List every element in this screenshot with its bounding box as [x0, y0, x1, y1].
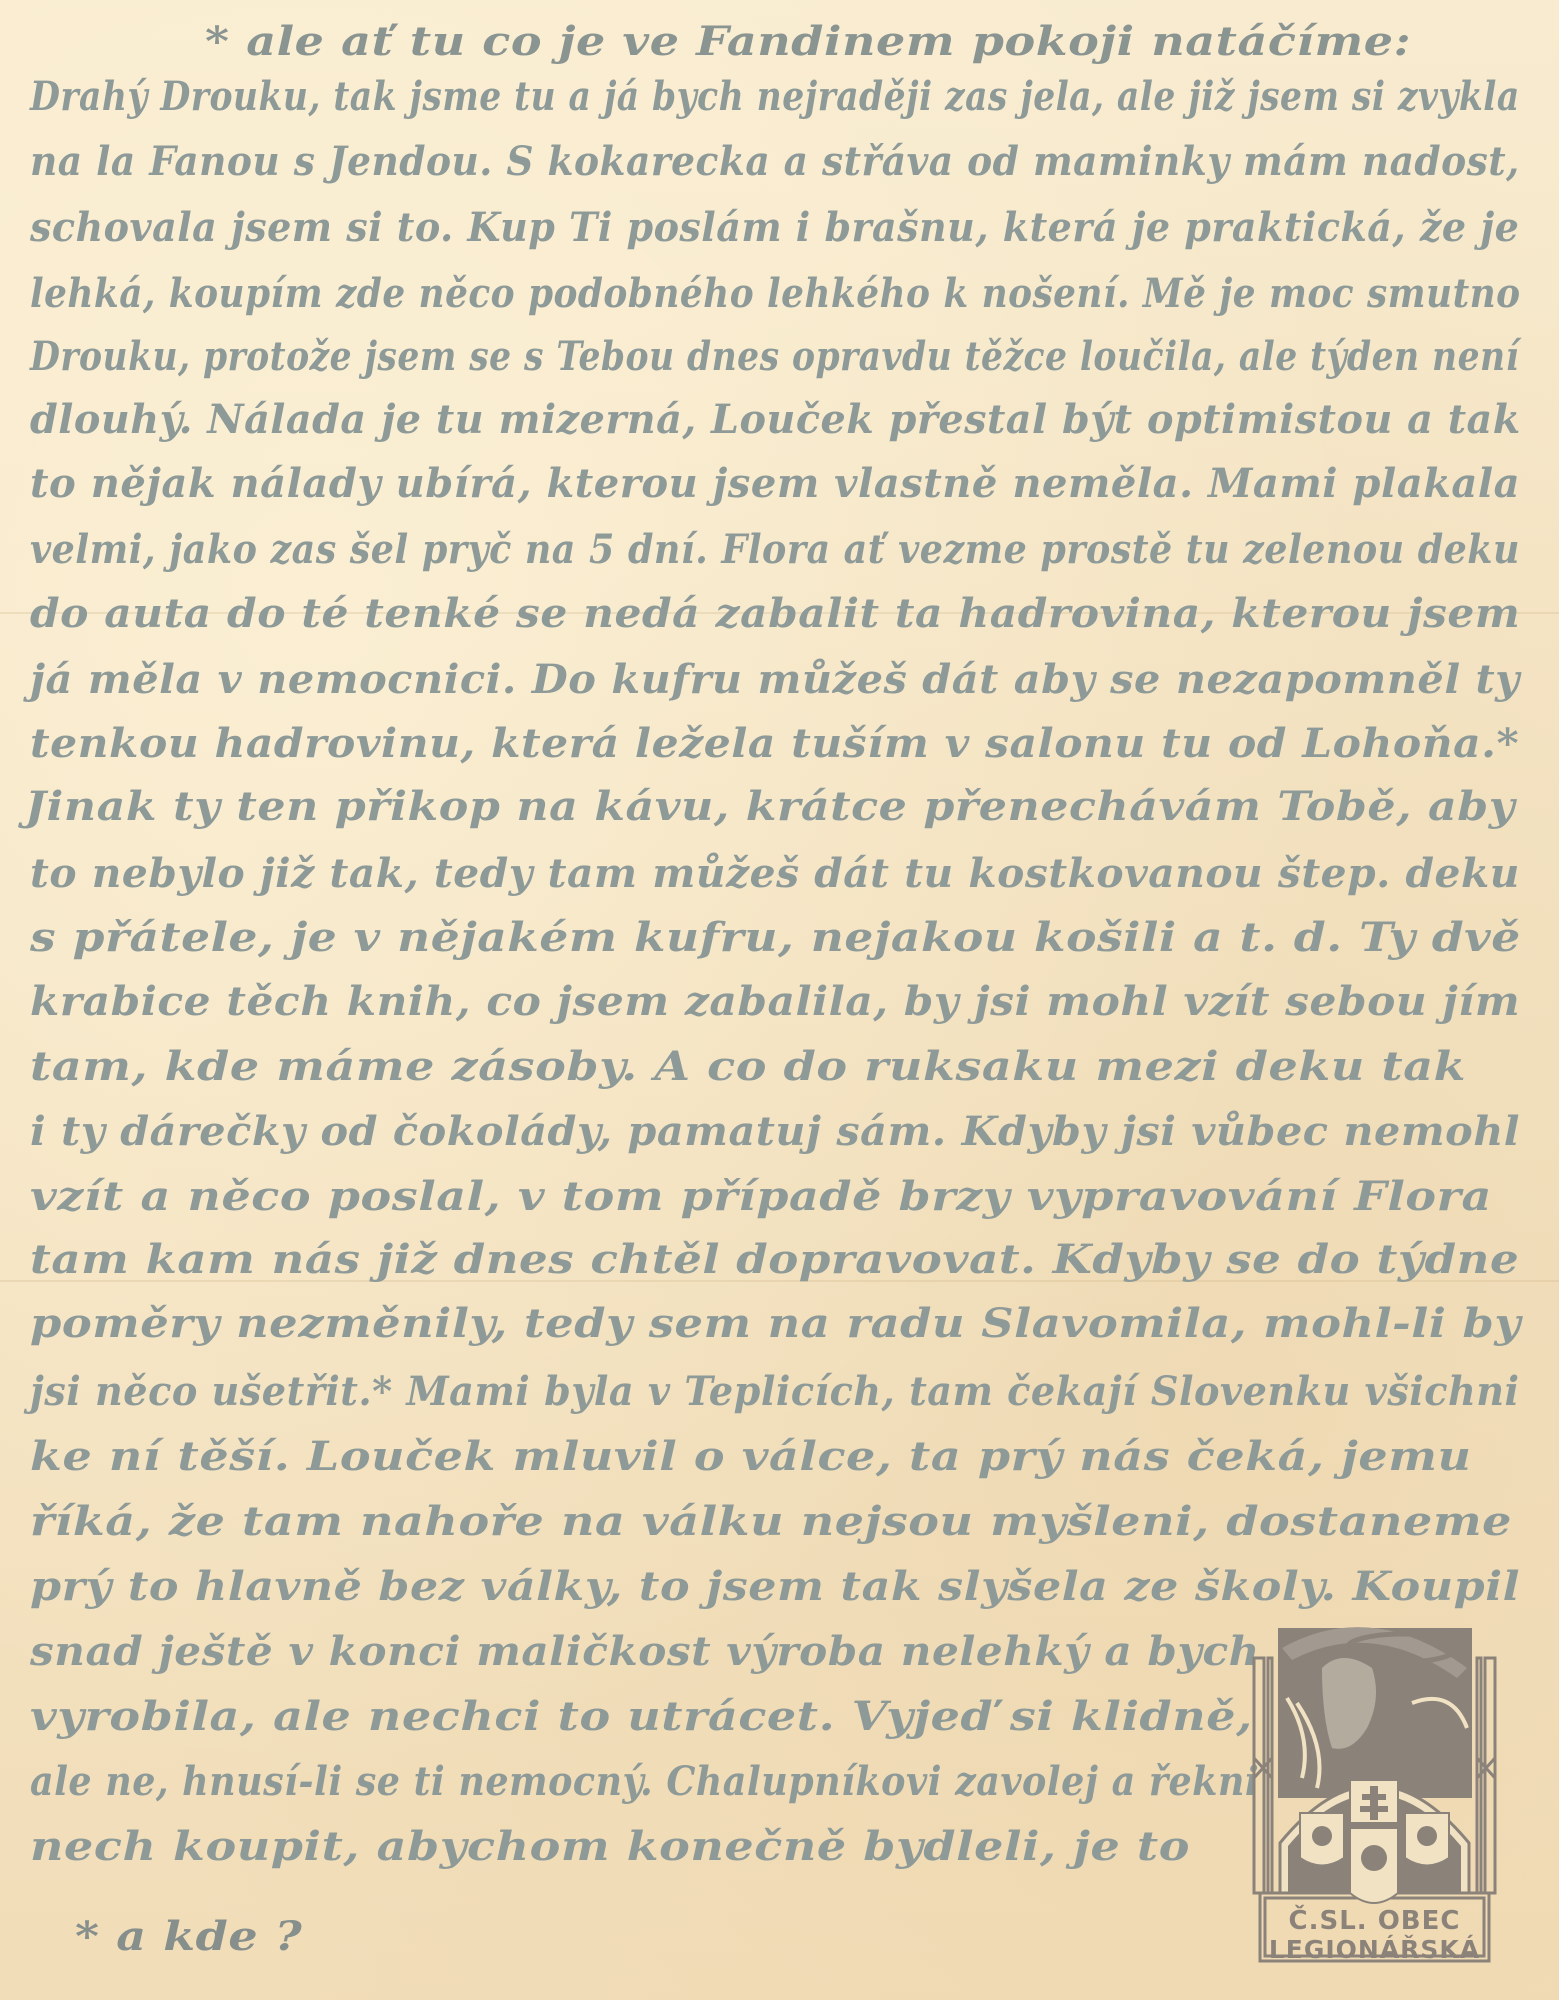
legion-stamp: Č.SL. OBEC LEGIONÁŘSKÁ — [1252, 1608, 1497, 1963]
letter-line: s přátele, je v nějakém kufru, nejakou k… — [30, 914, 1521, 961]
letter-line: prý to hlavně bez války, to jsem tak sly… — [30, 1563, 1520, 1610]
letter-line: ke ní těší. Louček mluvil o válce, ta pr… — [30, 1433, 1472, 1480]
letter-page: * ale ať tu co je ve Fandinem pokoji nat… — [0, 0, 1559, 2000]
letter-line: snad ještě v konci maličkost výroba nele… — [30, 1628, 1260, 1675]
letter-line: lehká, koupím zde něco podobného lehkého… — [30, 270, 1521, 317]
letter-line: poměry nezměnily, tedy sem na radu Slavo… — [30, 1300, 1521, 1347]
letter-line: tenkou hadrovinu, která ležela tuším v s… — [30, 720, 1519, 767]
letter-line: já měla v nemocnici. Do kufru můžeš dát … — [30, 656, 1520, 703]
stamp-text-line1: Č.SL. OBEC — [1264, 1906, 1485, 1936]
letter-line: to nebylo již tak, tedy tam můžeš dát tu… — [30, 850, 1520, 897]
letter-line: nech koupit, abychom konečně bydleli, je… — [30, 1823, 1190, 1870]
footnote: * a kde ? — [75, 1913, 302, 1960]
letter-line: do auta do té tenké se nedá zabalit ta h… — [30, 590, 1520, 637]
letter-line: vzít a něco poslal, v tom případě brzy v… — [30, 1173, 1492, 1220]
letter-line: dlouhý. Nálada je tu mizerná, Louček pře… — [30, 396, 1521, 443]
letter-line: Drouku, protože jsem se s Tebou dnes opr… — [30, 333, 1519, 380]
letter-line: jsi něco ušetřit.* Mami byla v Teplicích… — [30, 1368, 1519, 1415]
letter-line: Jinak ty ten přikop na kávu, krátce přen… — [25, 783, 1515, 830]
stamp-text-line2: LEGIONÁŘSKÁ — [1264, 1935, 1485, 1964]
header-note: * ale ať tu co je ve Fandinem pokoji nat… — [205, 18, 1411, 65]
letter-line: schovala jsem si to. Kup Ti poslám i bra… — [30, 204, 1519, 251]
letter-line: na la Fanou s Jendou. S kokarecka a střá… — [30, 138, 1520, 185]
letter-line: to nějak nálady ubírá, kterou jsem vlast… — [30, 460, 1520, 507]
letter-line: krabice těch knih, co jsem zabalila, by … — [30, 978, 1520, 1025]
letter-line: vyrobila, ale nechci to utrácet. Vyjeď s… — [30, 1693, 1253, 1740]
letter-line: tam, kde máme zásoby. A co do ruksaku me… — [30, 1043, 1466, 1090]
letter-line: říká, že tam nahoře na válku nejsou myšl… — [30, 1498, 1512, 1545]
letter-line: tam kam nás již dnes chtěl dopravovat. K… — [30, 1236, 1519, 1283]
letter-line: Drahý Drouku, tak jsme tu a já bych nejr… — [30, 73, 1520, 120]
letter-line: i ty dárečky od čokolády, pamatuj sám. K… — [30, 1108, 1520, 1155]
letter-line: ale ne, hnusí-li se ti nemocný. Chalupní… — [30, 1758, 1259, 1805]
letter-line: velmi, jako zas šel pryč na 5 dní. Flora… — [30, 526, 1520, 573]
